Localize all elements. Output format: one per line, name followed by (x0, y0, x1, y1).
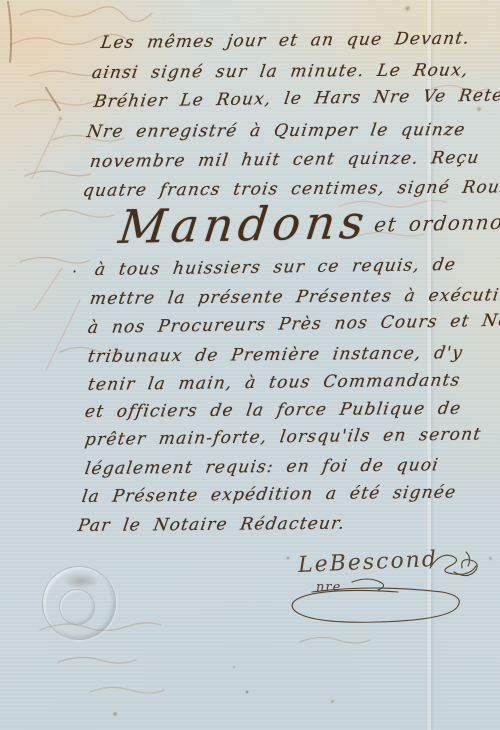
signature-underline-flourish (288, 578, 468, 626)
text-line-7: à tous huissiers sur ce requis, de (94, 255, 458, 280)
foxing-spot (232, 665, 236, 669)
text-line-9: à nos Procureurs Près nos Cours et Nos (87, 310, 500, 338)
text-line-8: mettre la présente Présentes à exécution… (89, 285, 500, 309)
text-line-11: tenir la main, à tous Commandants (87, 370, 463, 395)
heading-mandons: Mandonset ordonnons (116, 191, 500, 254)
foxing-spot (476, 106, 482, 112)
signature-name: LeBescond (298, 547, 439, 578)
text-line-1: Les mêmes jour et an que Devant. (100, 28, 472, 53)
text-line-16: Par le Notaire Rédacteur. (77, 514, 347, 536)
margin-mark: · (72, 262, 77, 281)
text-line-2: ainsi signé sur la minute. Le Roux, (90, 60, 470, 83)
foxing-spot (58, 116, 63, 121)
heading-word: Mandons (116, 195, 372, 254)
text-line-4: Nre enregistré à Quimper le quinze (85, 120, 467, 142)
manuscript-page: Les mêmes jour et an que Devant. ainsi s… (0, 0, 500, 730)
text-line-10: tribunaux de Première instance, d'y (87, 343, 465, 367)
signature-block: LeBescond nre (280, 544, 490, 634)
text-line-14: légalement requis: en foi de quoi (84, 455, 441, 479)
foxing-spot (245, 690, 249, 694)
text-line-5: novembre mil huit cent quinze. Reçu (89, 148, 481, 172)
text-line-15: la Présente expédition a été signée (81, 482, 458, 507)
foxing-spot (330, 699, 335, 704)
text-line-12: et officiers de la force Publique de (84, 399, 463, 422)
embossed-seal (42, 566, 116, 640)
text-line-13: prêter main-forte, lorsqu'ils en seront (84, 424, 483, 450)
heading-continuation: et ordonnons (373, 209, 500, 236)
text-line-3: Bréhier Le Roux, le Hars Nre Ve Retened (93, 85, 500, 112)
foxing-spot (112, 711, 118, 717)
foxing-spot (404, 5, 411, 12)
